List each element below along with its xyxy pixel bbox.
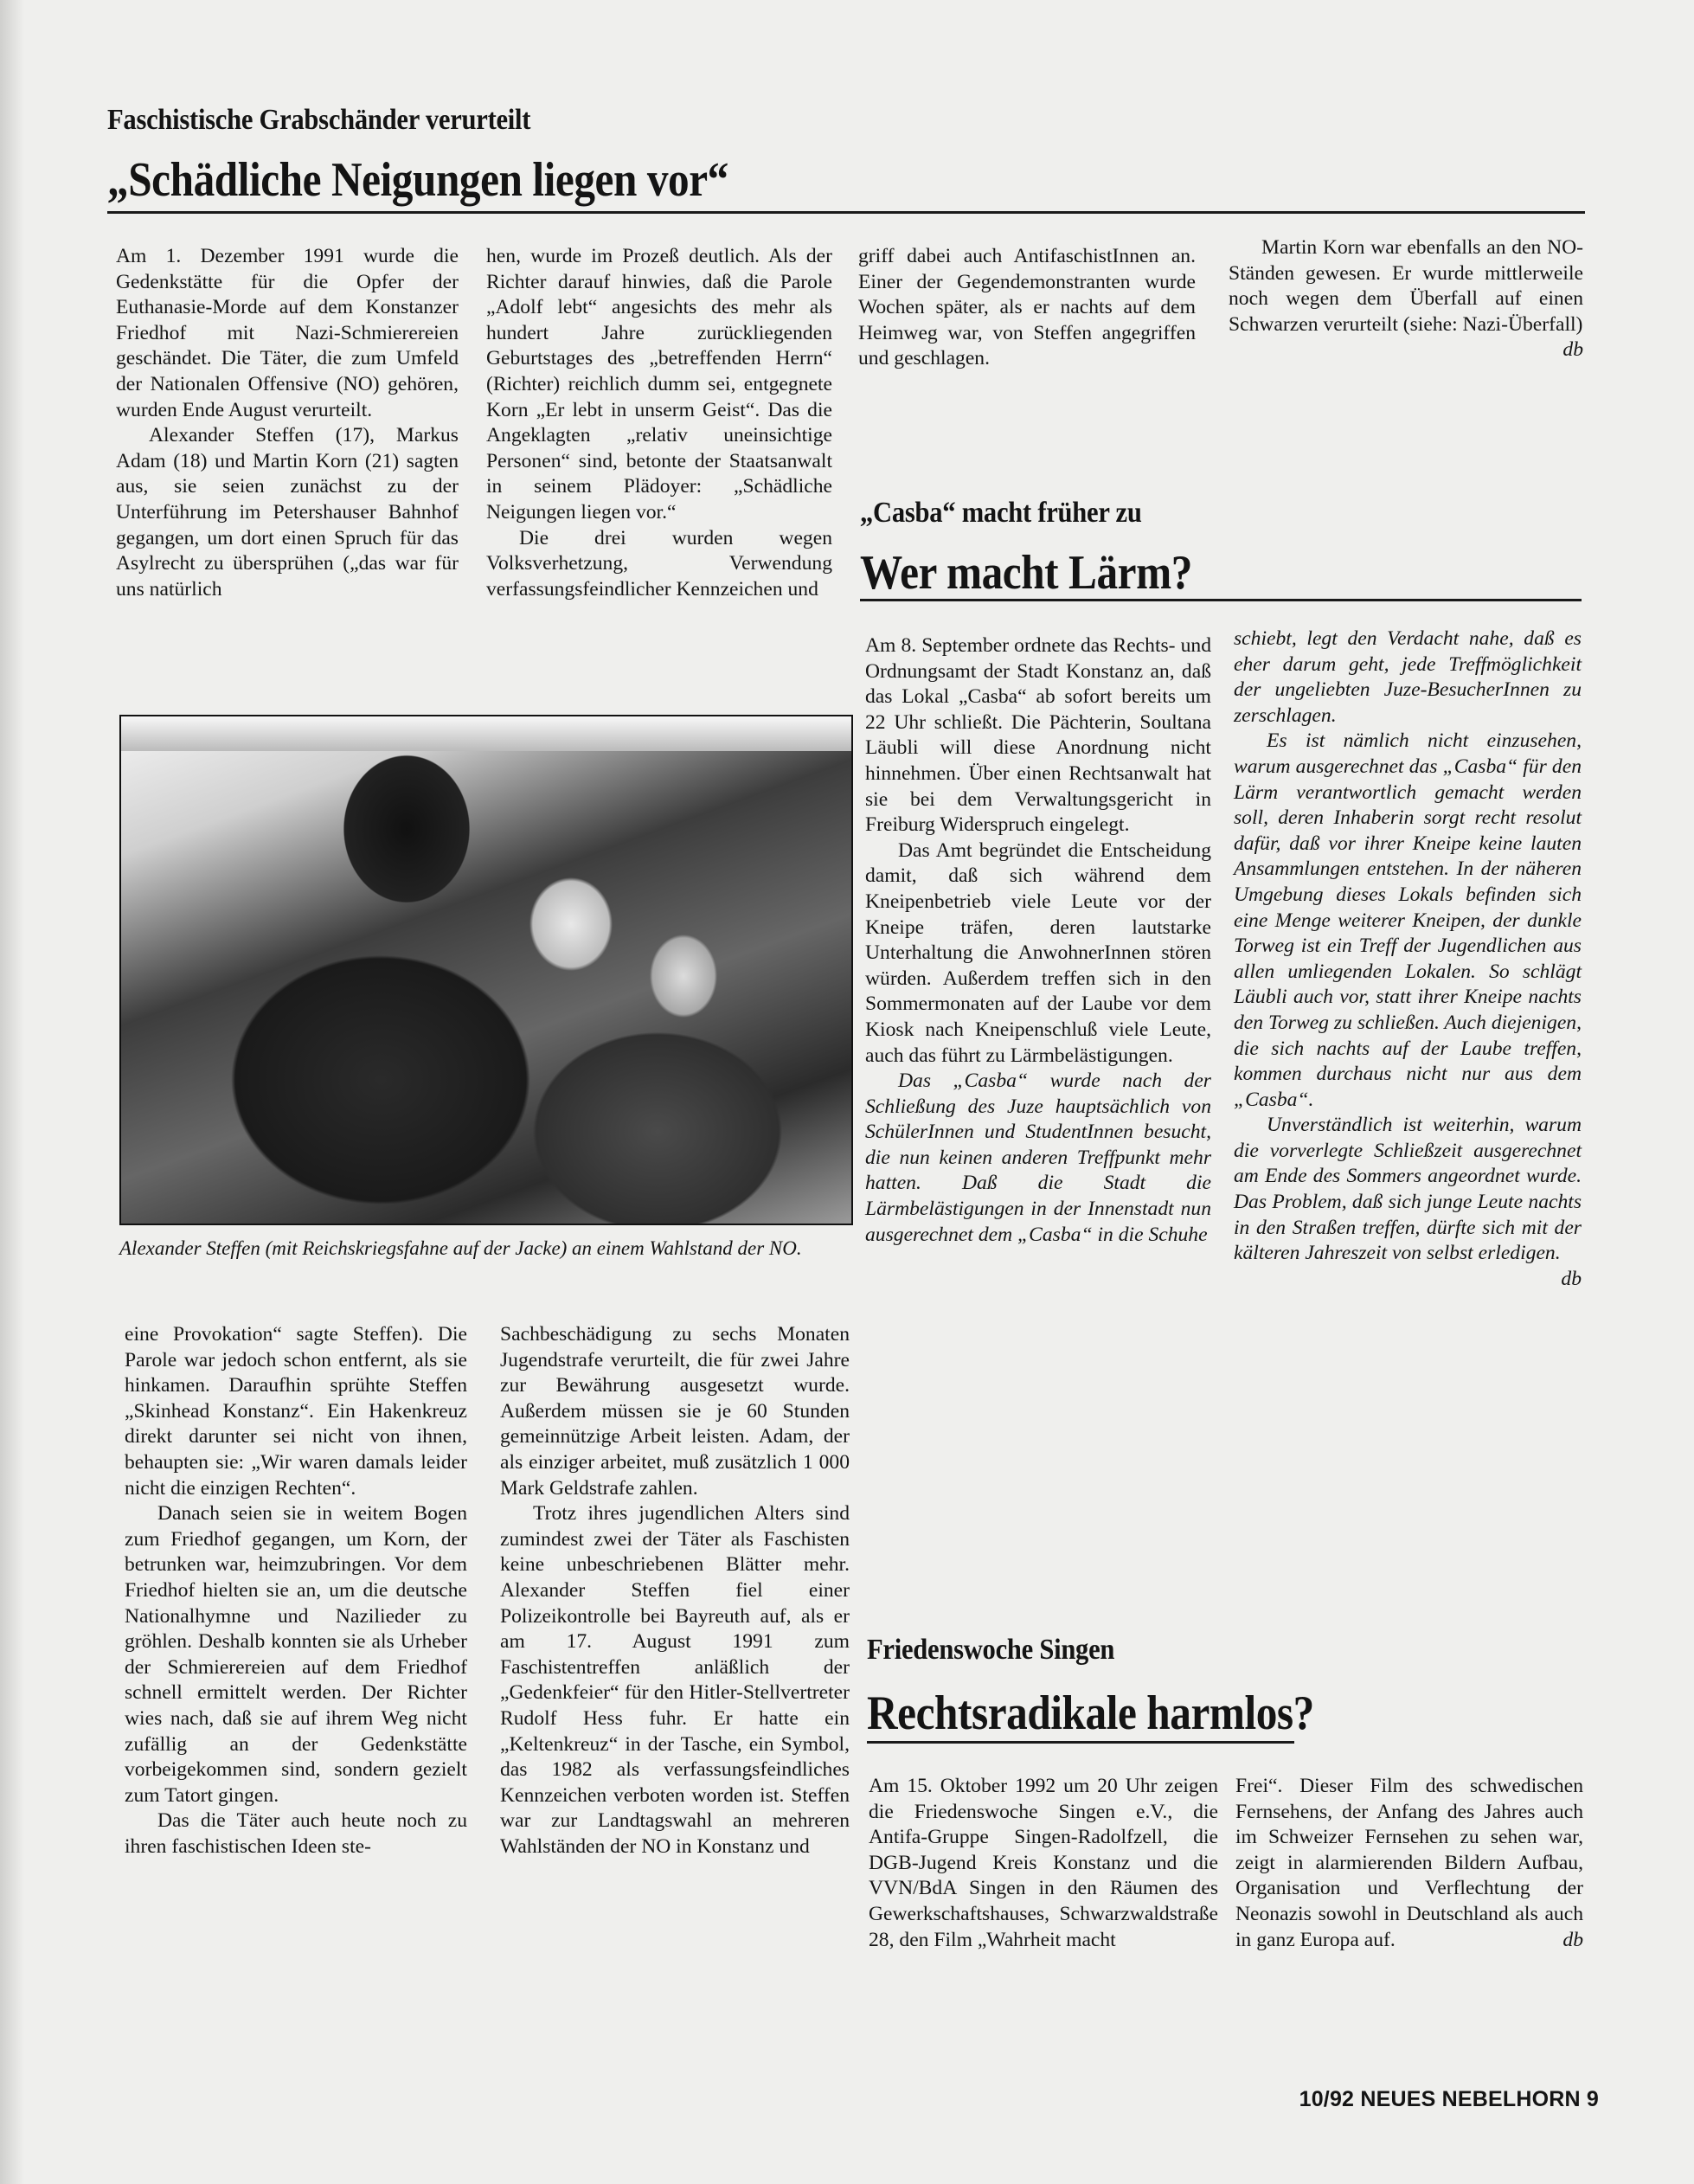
- author-signature: db: [1562, 1928, 1583, 1954]
- paragraph: griff dabei auch AntifaschistInnen an. E…: [858, 244, 1196, 372]
- article1-photo-caption: Alexander Steffen (mit Reichskriegsfahne…: [119, 1236, 853, 1262]
- paragraph: eine Provokation“ sagte Steffen). Die Pa…: [125, 1322, 467, 1501]
- paragraph-text: Martin Korn war ebenfalls an den NO-Stän…: [1229, 236, 1583, 336]
- photo-window-frame: [121, 716, 851, 751]
- paragraph-text: Unverständlich ist weiterhin, warum die …: [1234, 1114, 1582, 1264]
- article3-headline-rule: [867, 1741, 1294, 1744]
- paragraph: Sachbeschädigung zu sechs Monaten Jugend…: [500, 1322, 850, 1501]
- paragraph: Martin Korn war ebenfalls an den NO-Stän…: [1229, 235, 1583, 337]
- paragraph: Alexander Steffen (17), Markus Adam (18)…: [116, 423, 459, 602]
- article1-column-1: Am 1. Dezember 1991 wurde die Gedenkstät…: [116, 244, 459, 602]
- paragraph: Trotz ihres jugendlichen Alters sind zum…: [500, 1501, 850, 1860]
- page-footer: 10/92 NEUES NEBELHORN 9: [1299, 2087, 1599, 2112]
- article1-headline-rule: [107, 211, 1585, 214]
- author-signature: db: [1528, 1267, 1582, 1293]
- article1-column-2: hen, wurde im Prozeß deutlich. Als der R…: [486, 244, 832, 602]
- article1-column-6: Sachbeschädigung zu sechs Monaten Jugend…: [500, 1322, 850, 1860]
- article1-column-4: Martin Korn war ebenfalls an den NO-Stän…: [1229, 235, 1583, 363]
- paragraph: Frei“. Dieser Film des schwedischen Fern…: [1235, 1774, 1583, 1953]
- paragraph: Am 8. September ordnete das Rechts- und …: [865, 633, 1211, 838]
- paragraph: Das Amt begründet die Entscheidung damit…: [865, 838, 1211, 1069]
- paragraph-text: Frei“. Dieser Film des schwedischen Fern…: [1235, 1775, 1583, 1951]
- article2-headline-rule: [860, 599, 1582, 601]
- article1-photo: [119, 715, 853, 1225]
- paragraph: Danach seien sie in weitem Bogen zum Fri…: [125, 1501, 467, 1808]
- publication-name: NEUES NEBELHORN: [1360, 2087, 1580, 2111]
- article2-column-2: schiebt, legt den Verdacht nahe, daß es …: [1234, 626, 1582, 1292]
- article3-column-2: Frei“. Dieser Film des schwedischen Fern…: [1235, 1774, 1583, 1953]
- article2-headline: Wer macht Lärm?: [860, 545, 1192, 601]
- article2-column-1: Am 8. September ordnete das Rechts- und …: [865, 633, 1211, 1248]
- article1-column-5: eine Provokation“ sagte Steffen). Die Pa…: [125, 1322, 467, 1860]
- paragraph: schiebt, legt den Verdacht nahe, daß es …: [1234, 626, 1582, 729]
- paragraph: Das die Täter auch heute noch zu ihren f…: [125, 1808, 467, 1860]
- paragraph: Am 1. Dezember 1991 wurde die Gedenkstät…: [116, 244, 459, 423]
- issue-number: 10/92: [1299, 2087, 1355, 2111]
- page-number: 9: [1587, 2087, 1599, 2111]
- paragraph: hen, wurde im Prozeß deutlich. Als der R…: [486, 244, 832, 526]
- paragraph: Unverständlich ist weiterhin, warum die …: [1234, 1113, 1582, 1267]
- article1-headline: „Schädliche Neigungen liegen vor“: [107, 152, 728, 208]
- paragraph: Die drei wurden wegen Volksverhetzung, V…: [486, 526, 832, 603]
- scan-edge-shadow: [0, 0, 24, 2184]
- paragraph: Am 15. Oktober 1992 um 20 Uhr zeigen die…: [869, 1774, 1218, 1953]
- article3-column-1: Am 15. Oktober 1992 um 20 Uhr zeigen die…: [869, 1774, 1218, 1953]
- article1-column-3: griff dabei auch AntifaschistInnen an. E…: [858, 244, 1196, 372]
- article2-kicker: „Casba“ macht früher zu: [860, 497, 1142, 530]
- article3-kicker: Friedenswoche Singen: [867, 1634, 1114, 1667]
- article1-kicker: Faschistische Grabschänder verurteilt: [107, 104, 530, 137]
- paragraph: Es ist nämlich nicht einzusehen, warum a…: [1234, 729, 1582, 1113]
- author-signature: db: [1530, 337, 1583, 363]
- paragraph: Das „Casba“ wurde nach der Schließung de…: [865, 1069, 1211, 1248]
- article3-headline: Rechtsradikale harmlos?: [867, 1686, 1314, 1741]
